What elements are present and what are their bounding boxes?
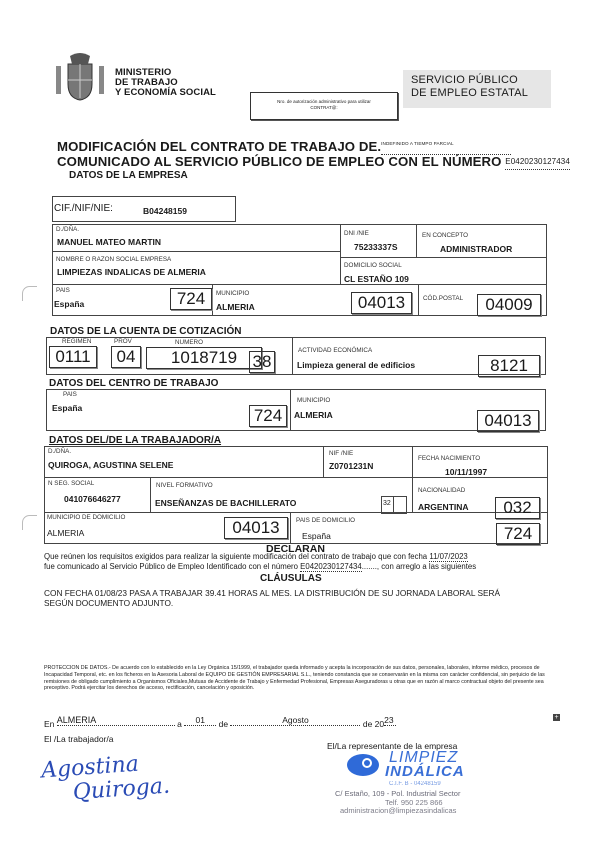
ministry-line: Y ECONOMÍA SOCIAL [115,88,216,98]
lugar-fecha: En ALMERIA a 01 de Agosto de 2023 [44,720,396,730]
company-name: LIMPIEZAS INDALICAS DE ALMERIA [57,267,206,277]
declaran-line: ......., con arreglo a las siguientes [362,562,476,571]
cif-value: B04248159 [143,206,187,216]
municipio-code: 04013 [351,292,412,314]
pais-domicilio-value: España [302,531,331,541]
de-label: de [219,719,228,729]
domicilio-label: DOMICILIO SOCIAL [344,262,402,269]
regimen-value: 0111 [49,346,97,368]
document-title: MODIFICACIÓN DEL CONTRATO DE TRABAJO DE.… [57,137,570,170]
sepe-logo: SERVICIO PÚBLICO DE EMPLEO ESTATAL [403,70,551,108]
representative-name: MANUEL MATEO MARTIN [57,237,161,247]
concepto-label: EN CONCEPTO [422,232,468,239]
numero-value: 1018719 [146,347,262,369]
pais-domicilio-code: 724 [496,523,540,545]
dni-value: 75233337S [354,242,398,252]
nivel-code: 32 [383,500,391,507]
pais-value: España [54,299,84,309]
auth-label: CONTRAT@: [251,105,397,111]
actividad-code: 8121 [478,355,540,377]
actividad-value: Limpieza general de edificios [297,360,415,370]
nacionalidad-label: NACIONALIDAD [418,487,465,494]
mes-value: Agosto [282,715,308,725]
coat-of-arms-logo [52,52,108,102]
plus-icon[interactable]: + [553,714,560,721]
dia-value: 01 [196,715,205,725]
cp-value: 04009 [477,294,541,316]
section-heading-centro: DATOS DEL CENTRO DE TRABAJO [49,378,218,389]
stamp-line: C/ Estaño, 109 - Pol. Industrial Sector [335,789,460,798]
data-protection-notice: PROTECCION DE DATOS.- De acuerdo con lo … [44,665,554,692]
nss-value: 041076646277 [64,494,121,504]
pais-label: PAIS [56,287,70,294]
sepe-line: SERVICIO PÚBLICO [411,74,551,87]
nss-label: N SEG. SOCIAL [48,480,94,487]
nivel-code-box: 32 [381,496,407,514]
prov-label: PROV [114,338,132,345]
prov-value: 04 [111,346,141,368]
comunicacion-numero: E0420230127434 [300,562,362,572]
contract-type: INDEFINIDO A TIEMPO PARCIAL [381,141,453,146]
ministry-name: MINISTERIO DE TRABAJO Y ECONOMÍA SOCIAL [115,68,216,98]
regimen-label: RÉGIMEN [62,338,91,345]
title-line: COMUNICADO AL SERVICIO PÚBLICO DE EMPLEO… [57,154,502,169]
cif-label: CIF./NIF/NIE: [54,203,113,214]
section-heading-cotizacion: DATOS DE LA CUENTA DE COTIZACIÓN [50,326,241,337]
nacionalidad-value: ARGENTINA [418,502,469,512]
title-line: MODIFICACIÓN DEL CONTRATO DE TRABAJO DE. [57,139,381,154]
municipio-value: ALMERIA [294,410,333,420]
comunicacion-fecha: 11/07/2023 [429,552,467,562]
worker-name: QUIROGA, AGUSTINA SELENE [48,460,173,470]
lugar-value: ALMERIA [57,715,97,725]
fecha-nacimiento-label: FECHA NACIMIENTO [418,455,480,462]
de20-label: de 20 [363,719,384,729]
razon-label: NOMBRE O RAZON SOCIAL EMPRESA [56,256,171,263]
nif-value: Z0701231N [329,461,373,471]
clausulas-heading: CLÁUSULAS [260,573,322,584]
dona-label: D./DÑA. [56,226,79,233]
pais-code: 724 [249,405,287,427]
declaran-text: Que reúnen los requisitos exigidos para … [44,552,554,572]
stamp-line: INDÁLICA [385,764,465,780]
nacionalidad-code: 032 [495,497,540,519]
municipio-code: 04013 [477,410,539,432]
actividad-label: ACTIVIDAD ECONÓMICA [298,347,372,354]
nivel-value: ENSEÑANZAS DE BACHILLERATO [155,498,296,508]
section-heading-trabajador: DATOS DEL/DE LA TRABAJADOR/A [49,435,221,446]
pais-label: PAIS [63,391,77,398]
municipio-domicilio-value: ALMERIA [47,528,84,538]
declaran-line: Que reúnen los requisitos exigidos para … [44,552,427,561]
concepto-value: ADMINISTRADOR [440,244,512,254]
cp-label: CÓD.POSTAL [423,295,463,302]
pais-value: España [52,403,82,413]
en-label: En [44,719,54,729]
dona-label: D./DÑA. [48,448,71,455]
contract-number: E0420230127434 [505,157,570,166]
a-label: a [177,719,182,729]
municipio-domicilio-label: MUNICIPIO DE DOMICILIO [47,514,125,521]
municipio-label: MUNICIPIO [297,397,330,404]
stamp-line: administracion@limpiezasindalicas [340,806,456,815]
worker-signature: Agostina Quiroga. [40,751,170,808]
dni-label: DNI /NIE [344,230,369,237]
stamp-logo-icon [345,752,381,778]
punch-hole [22,286,37,301]
authorization-box: Nro. de autorización administrativo para… [250,92,398,120]
trabajador-signature-label: El /La trabajador/a [44,734,113,744]
stamp-line: C.I.F. B - 04248159 [389,781,441,787]
numero-label: NUMERO [175,339,203,346]
punch-hole [22,515,37,530]
municipio-label: MUNICIPIO [216,290,249,297]
nivel-label: NIVEL FORMATIVO [156,482,213,489]
sepe-line: DE EMPLEO ESTATAL [411,87,551,100]
domicilio-value: CL ESTAÑO 109 [344,274,409,284]
anio-value: 23 [384,715,393,725]
clausula-text: CON FECHA 01/08/23 PASA A TRABAJAR 39.41… [44,588,524,608]
section-heading-empresa: DATOS DE LA EMPRESA [69,170,188,181]
pais-domicilio-label: PAIS DE DOMICILIO [296,517,355,524]
pais-code: 724 [170,288,212,310]
dc-value: 38 [249,351,275,373]
municipio-domicilio-code: 04013 [224,517,288,539]
declaran-line: fue comunicado al Servicio Público de Em… [44,562,298,571]
fecha-nacimiento-value: 10/11/1997 [445,467,487,477]
municipio-value: ALMERIA [216,302,255,312]
nif-label: NIF /NIE [329,450,353,457]
